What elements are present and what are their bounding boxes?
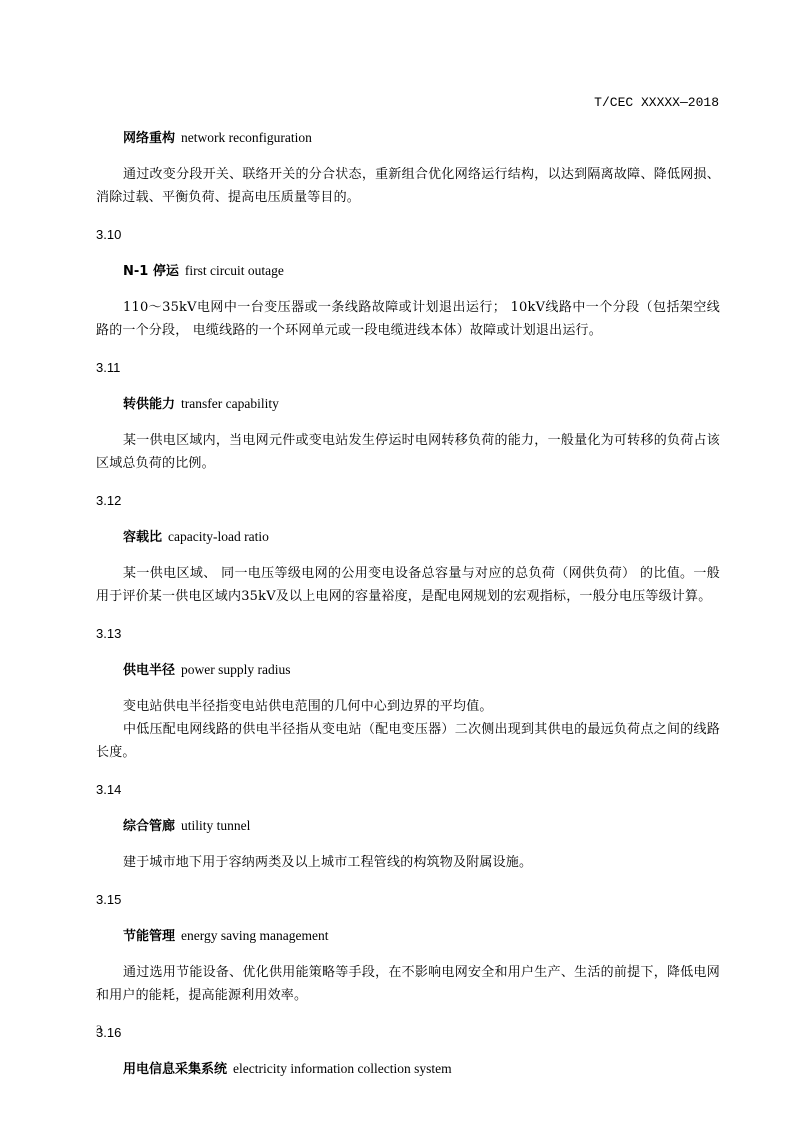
document-code-header: T/CEC XXXXX—2018 [594,95,719,110]
definition-paragraph: 通过选用节能设备、优化供用能策略等手段，在不影响电网安全和用户生产、生活的前提下… [96,961,720,1007]
clause-number: 3.10 [96,226,720,244]
term-zh: 用电信息采集系统 [123,1062,227,1077]
definition-paragraph: 通过改变分段开关、联络开关的分合状态，重新组合优化网络运行结构，以达到隔离故障、… [96,163,720,209]
term-section-3-14: 3.14 综合管廊utility tunnel 建于城市地下用于容纳两类及以上城… [96,781,720,874]
term-en: first circuit outage [185,263,284,278]
definition-paragraph: 110～35kV电网中一台变压器或一条线路故障或计划退出运行； 10kV线路中一… [96,296,720,342]
definition-paragraph: 变电站供电半径指变电站供电范围的几何中心到边界的平均值。 [96,695,720,718]
document-body: 网络重构network reconfiguration 通过改变分段开关、联络开… [96,128,720,1080]
term-heading: 节能管理energy saving management [96,926,720,947]
term-zh: 转供能力 [123,397,175,412]
clause-number: 3.12 [96,492,720,510]
term-heading: 用电信息采集系统electricity information collecti… [96,1059,720,1080]
term-en: utility tunnel [181,818,250,833]
term-zh: N-1 停运 [123,264,179,279]
clause-number: 3.13 [96,625,720,643]
term-heading: 综合管廊utility tunnel [96,816,720,837]
term-en: energy saving management [181,928,328,943]
term-section-3-13: 3.13 供电半径power supply radius 变电站供电半径指变电站… [96,625,720,764]
term-zh: 供电半径 [123,663,175,678]
clause-number: 3.14 [96,781,720,799]
term-heading: 供电半径power supply radius [96,660,720,681]
term-heading: 网络重构network reconfiguration [96,128,720,149]
term-section-3-10: 3.10 N-1 停运first circuit outage 110～35kV… [96,226,720,342]
term-section-3-16: 3.16 用电信息采集系统electricity information col… [96,1024,720,1080]
clause-number: 3.15 [96,891,720,909]
clause-number: 3.11 [96,359,720,377]
term-section-network-reconfiguration: 网络重构network reconfiguration 通过改变分段开关、联络开… [96,128,720,209]
term-section-3-15: 3.15 节能管理energy saving management 通过选用节能… [96,891,720,1007]
term-heading: N-1 停运first circuit outage [96,261,720,282]
clause-number: 3.16 [96,1024,720,1042]
term-en: capacity-load ratio [168,529,269,544]
term-en: network reconfiguration [181,130,312,145]
term-en: electricity information collection syste… [233,1061,452,1076]
term-heading: 转供能力transfer capability [96,394,720,415]
term-heading: 容载比capacity-load ratio [96,527,720,548]
definition-paragraph: 某一供电区域内，当电网元件或变电站发生停运时电网转移负荷的能力，一般量化为可转移… [96,429,720,475]
term-zh: 综合管廊 [123,819,175,834]
page-number: 3 [96,1022,102,1037]
term-zh: 容载比 [123,530,162,545]
term-en: power supply radius [181,662,290,677]
definition-paragraph: 某一供电区域、 同一电压等级电网的公用变电设备总容量与对应的总负荷（网供负荷） … [96,562,720,608]
definition-paragraph: 建于城市地下用于容纳两类及以上城市工程管线的构筑物及附属设施。 [96,851,720,874]
term-section-3-12: 3.12 容载比capacity-load ratio 某一供电区域、 同一电压… [96,492,720,608]
term-section-3-11: 3.11 转供能力transfer capability 某一供电区域内，当电网… [96,359,720,475]
term-zh: 网络重构 [123,131,175,146]
term-en: transfer capability [181,396,279,411]
definition-paragraph: 中低压配电网线路的供电半径指从变电站（配电变压器）二次侧出现到其供电的最远负荷点… [96,718,720,764]
term-zh: 节能管理 [123,929,175,944]
